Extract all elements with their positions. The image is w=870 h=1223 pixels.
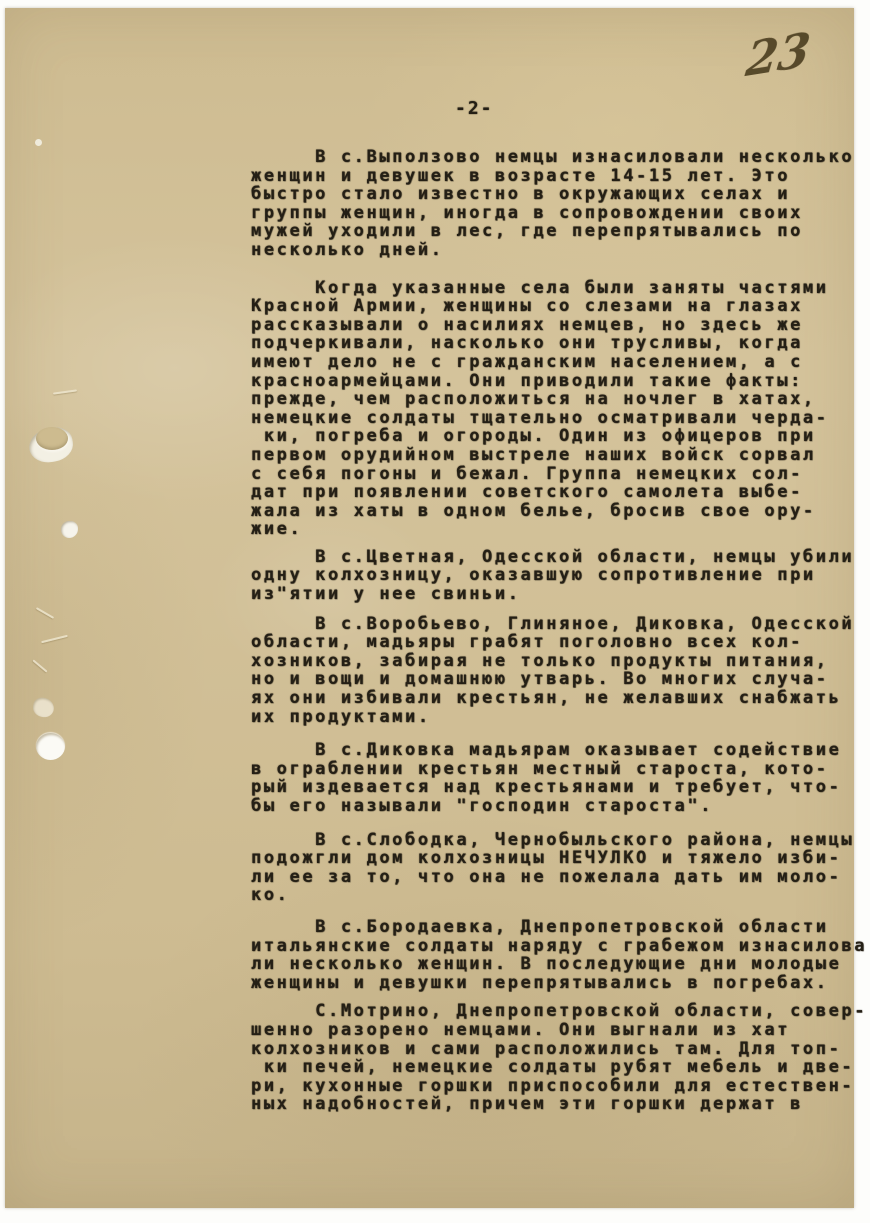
text-line: женщины и девушки перепрятывались в погр… — [251, 974, 863, 993]
text-line: подожгли дом колхозницы НЕЧУЛКО и тяжело… — [251, 849, 863, 868]
text-line: ли ее за то, что она не пожелала дать им… — [251, 868, 863, 887]
text-line: ри, кухонные горшки приспособили для ест… — [251, 1077, 863, 1096]
torn-punch-hole — [29, 428, 73, 462]
paper-scratch — [53, 389, 77, 394]
paper-flap — [36, 427, 68, 450]
document-paper: 23 -2- В с.Выползово немцы изнасиловали … — [5, 8, 854, 1208]
text-line: рый издевается над крестьянами и требует… — [251, 778, 863, 797]
text-line: прежде, чем расположиться на ночлег в ха… — [251, 390, 863, 409]
paragraph-3: В с.Цветная, Одесской области, немцы уби… — [251, 548, 863, 604]
text-line: В с.Цветная, Одесской области, немцы уби… — [251, 548, 863, 567]
paragraph-7: В с.Бородаевка, Днепропетровской области… — [251, 918, 863, 992]
text-line: подчеркивали, насколько они трусливы, ко… — [251, 334, 863, 353]
paragraph-6: В с.Слободка, Чернобыльского района, нем… — [251, 831, 863, 905]
text-line: области, мадьяры грабят поголовно всех к… — [251, 633, 863, 652]
text-line: жие. — [251, 520, 863, 539]
text-line: немецкие солдаты тщательно осматривали ч… — [251, 409, 863, 428]
text-line: из"ятии у нее свиньи. — [251, 585, 863, 604]
paper-scratch — [32, 659, 47, 672]
text-line: имеют дело не с гражданским населением, … — [251, 353, 863, 372]
text-line: красноармейцами. Они приводили такие фак… — [251, 372, 863, 391]
text-line: В с.Воробьево, Глиняное, Диковка, Одесск… — [251, 615, 863, 634]
text-line: итальянские солдаты наряду с грабежом из… — [251, 937, 863, 956]
paragraph-8: С.Мотрино, Днепропетровской области, сов… — [251, 1002, 863, 1114]
text-line: одну колхозницу, оказавшую сопротивление… — [251, 566, 863, 585]
paragraph-4: В с.Воробьево, Глиняное, Диковка, Одесск… — [251, 615, 863, 727]
text-line: Красной Армии, женщины со слезами на гла… — [251, 297, 863, 316]
paper-speck — [35, 139, 42, 146]
text-line: колхозников и сами расположились там. Дл… — [251, 1040, 863, 1059]
text-line: С.Мотрино, Днепропетровской области, сов… — [251, 1002, 863, 1021]
text-line: рассказывали о насилиях немцев, но здесь… — [251, 316, 863, 335]
text-line: В с.Слободка, Чернобыльского района, нем… — [251, 831, 863, 850]
handwritten-folio-number: 23 — [741, 18, 839, 104]
text-line: их продуктами. — [251, 708, 863, 727]
text-line: хозников, забирая не только продукты пит… — [251, 652, 863, 671]
text-line: В с.Выползово немцы изнасиловали несколь… — [251, 148, 863, 167]
paragraph-5: В с.Диковка мадьярам оказывает содействи… — [251, 741, 863, 815]
text-line: Когда указанные села были заняты частями — [251, 279, 863, 298]
text-line: ки, погреба и огороды. Один из офицеров … — [251, 427, 863, 446]
paragraph-1: В с.Выползово немцы изнасиловали несколь… — [251, 148, 863, 260]
paper-scratch — [36, 607, 54, 619]
text-line: дат при появлении советского самолета вы… — [251, 483, 863, 502]
text-line: группы женщин, иногда в сопровождении св… — [251, 204, 863, 223]
text-line: в ограблении крестьян местный староста, … — [251, 760, 863, 779]
scanned-document: 23 -2- В с.Выползово немцы изнасиловали … — [0, 0, 870, 1223]
text-line: быстро стало известно в окружающих селах… — [251, 185, 863, 204]
text-line: мужей уходили в лес, где перепрятывались… — [251, 222, 863, 241]
punch-hole-faint — [31, 696, 56, 720]
typed-page-number: -2- — [455, 98, 494, 119]
text-line: бы его называли "господин староста". — [251, 797, 863, 816]
text-line: В с.Бородаевка, Днепропетровской области — [251, 918, 863, 937]
text-line: В с.Диковка мадьярам оказывает содействи… — [251, 741, 863, 760]
punch-hole — [36, 733, 65, 760]
punch-hole — [61, 521, 78, 538]
text-line: женщин и девушек в возрасте 14-15 лет. Э… — [251, 167, 863, 186]
text-line: первом орудийном выстреле наших войск со… — [251, 446, 863, 465]
text-line: ях они избивали крестьян, не желавших сн… — [251, 689, 863, 708]
text-line: ки печей, немецкие солдаты рубят мебель … — [251, 1058, 863, 1077]
text-line: ных надобностей, причем эти горшки держа… — [251, 1095, 863, 1114]
document-text: В с.Выползово немцы изнасиловали несколь… — [251, 148, 863, 1114]
text-line: ли несколько женщин. В последующие дни м… — [251, 955, 863, 974]
text-line: жала из хаты в одном белье, бросив свое … — [251, 502, 863, 521]
text-line: но и вощи и домашнюю утварь. Во многих с… — [251, 670, 863, 689]
paper-scratch — [41, 635, 68, 643]
text-line: ко. — [251, 886, 863, 905]
text-line: несколько дней. — [251, 241, 863, 260]
text-line: с себя погоны и бежал. Группа немецких с… — [251, 465, 863, 484]
text-line: шенно разорено немцами. Они выгнали из х… — [251, 1021, 863, 1040]
paragraph-2: Когда указанные села были заняты частями… — [251, 279, 863, 539]
